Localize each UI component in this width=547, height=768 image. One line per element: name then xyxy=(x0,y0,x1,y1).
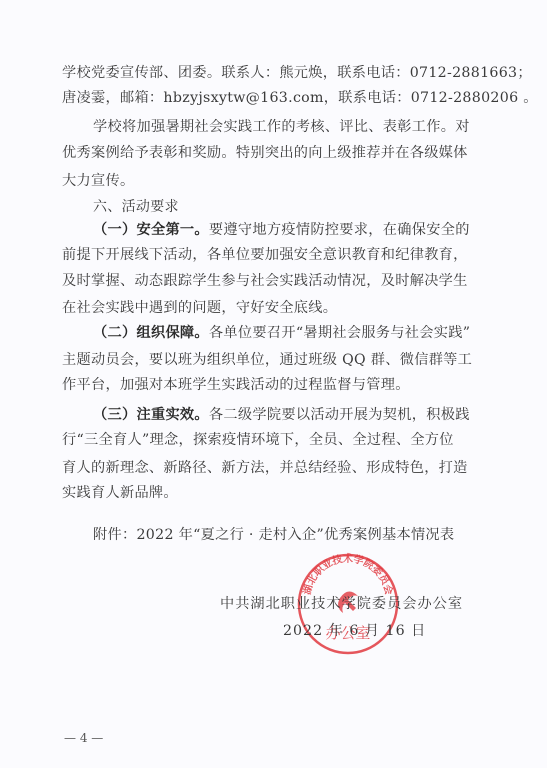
svg-text:湖北职业技术学院委员会: 湖北职业技术学院委员会 xyxy=(300,552,395,596)
requirement-2-line-1: （二）组织保障。各单位要召开“暑期社会服务与社会实践” xyxy=(93,323,533,343)
section-heading: 六、活动要求 xyxy=(93,197,533,217)
signature-date: 2022 年 6 月 16 日 xyxy=(283,620,426,640)
requirement-1-line-2: 前提下开展线下活动，各单位要加强安全意识教育和纪律教育， xyxy=(62,245,502,265)
requirement-2-label: （二）组织保障。 xyxy=(93,325,209,341)
requirement-3-line-2: 行“三全育人”理念，探索疫情环境下，全员、全过程、全方位 xyxy=(62,430,502,450)
requirement-3-line-4: 实践育人新品牌。 xyxy=(62,483,502,503)
requirement-1-line-1: （一）安全第一。要遵守地方疫情防控要求，在确保安全的 xyxy=(93,220,533,240)
requirement-1-label: （一）安全第一。 xyxy=(93,222,209,238)
contact-line-1: 学校党委宣传部、团委。联系人：熊元焕，联系电话：0712-2881663； xyxy=(62,63,502,83)
page-number: — 4 — xyxy=(64,731,103,745)
signature-organization: 中共湖北职业技术学院委员会办公室 xyxy=(220,593,463,613)
requirement-3-line-1: （三）注重实效。各二级学院要以活动开展为契机，积极践 xyxy=(93,405,533,425)
requirement-1-line-4: 在社会实践中遇到的问题，守好安全底线。 xyxy=(62,298,502,318)
requirement-2-line-2: 主题动员会，要以班为组织单位，通过班级 QQ 群、微信群等工 xyxy=(62,350,502,370)
reward-line-3: 大力宣传。 xyxy=(62,171,502,191)
requirement-1-line-3: 及时掌握、动态跟踪学生参与社会实践活动情况，及时解决学生 xyxy=(62,271,502,291)
document-page: 学校党委宣传部、团委。联系人：熊元焕，联系电话：0712-2881663； 唐凌… xyxy=(0,0,547,768)
requirement-2-line-3: 作平台，加强对本班学生实践活动的过程监督与管理。 xyxy=(62,375,502,395)
attachment-line: 附件：2022 年“夏之行 · 走村入企”优秀案例基本情况表 xyxy=(93,525,533,545)
contact-line-2: 唐凌霎，邮箱：hbzyjsxytw@163.com，联系电话：0712-2880… xyxy=(62,88,502,108)
requirement-3-label: （三）注重实效。 xyxy=(93,407,209,423)
reward-line-2: 优秀案例给予表彰和奖励。特别突出的向上级推荐并在各级媒体 xyxy=(62,143,502,163)
reward-line-1: 学校将加强暑期社会实践工作的考核、评比、表彰工作。对 xyxy=(93,117,533,137)
requirement-3-line-3: 育人的新理念、新路径、新方法，并总结经验、形成特色，打造 xyxy=(62,458,502,478)
